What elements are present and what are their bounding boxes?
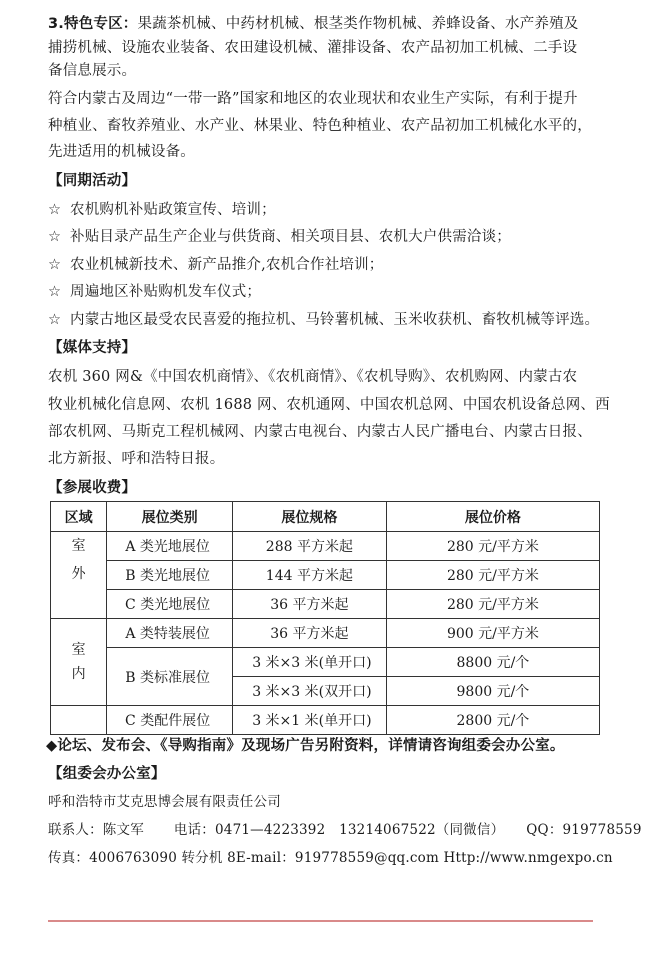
section3-line-1: 3.特色专区：果蔬茶机械、中药材机械、根茎类作物机械、养蜂设备、水产养殖及 xyxy=(48,14,579,34)
media-line-2: 牧业机械化信息网、农机 1688 网、农机通网、中国农机总网、中国农机设备总网、… xyxy=(48,395,610,415)
table-row: B 类光地展位 144 平方米起 280 元/平方米 xyxy=(51,561,600,590)
activity-text: 补贴目录产品生产企业与供货商、相关项目县、农机大户供需洽谈； xyxy=(70,229,511,245)
media-heading: 【媒体支持】 xyxy=(48,338,136,358)
zone-indoor: 室 内 xyxy=(51,619,107,706)
activity-item: ☆内蒙古地区最受农民喜爱的拖拉机、马铃薯机械、玉米收获机、畜牧机械等评选。 xyxy=(48,310,599,330)
cell-spec: 3 米×3 米(单开口) xyxy=(232,648,386,677)
intro-line-1: 符合内蒙古及周边“一带一路”国家和地区的农业现状和农业生产实际，有利于提升 xyxy=(48,89,578,109)
column-header-zone: 区域 xyxy=(51,502,107,532)
activity-text: 农机购机补贴政策宣传、培训； xyxy=(70,202,276,218)
cell-price: 280 元/平方米 xyxy=(386,590,599,619)
cell-price: 280 元/平方米 xyxy=(386,561,599,590)
zone-indoor-char-2: 内 xyxy=(51,662,106,686)
zone-outdoor: 室 外 xyxy=(51,532,107,619)
cell-category: C 类配件展位 xyxy=(107,706,233,735)
activity-item: ☆周遍地区补贴购机发车仪式； xyxy=(48,282,261,302)
activity-text: 内蒙古地区最受农民喜爱的拖拉机、马铃薯机械、玉米收获机、畜牧机械等评选。 xyxy=(70,312,599,328)
cell-category: A 类光地展位 xyxy=(107,532,233,561)
document-page: 3.特色专区：果蔬茶机械、中药材机械、根茎类作物机械、养蜂设备、水产养殖及 捕捞… xyxy=(0,0,670,955)
activity-item: ☆农机购机补贴政策宣传、培训； xyxy=(48,200,276,220)
activity-text: 周遍地区补贴购机发车仪式； xyxy=(70,284,261,300)
cell-price: 280 元/平方米 xyxy=(386,532,599,561)
contact-person: 联系人：陈文军 xyxy=(48,822,144,838)
cell-category: A 类特装展位 xyxy=(107,619,233,648)
zone-indoor-char-1: 室 xyxy=(51,638,106,662)
cell-category: B 类标准展位 xyxy=(107,648,233,706)
table-row: C 类配件展位 3 米×1 米(单开口) 2800 元/个 xyxy=(51,706,600,735)
media-line-4: 北方新报、呼和浩特日报。 xyxy=(48,449,224,469)
cell-price: 900 元/平方米 xyxy=(386,619,599,648)
section3-line-3: 备信息展示。 xyxy=(48,61,136,81)
star-icon: ☆ xyxy=(48,282,70,302)
activity-item: ☆农业机械新技术、新产品推介,农机合作社培训； xyxy=(48,255,384,275)
column-header-price: 展位价格 xyxy=(386,502,599,532)
diamond-bullet-icon: ◆ xyxy=(46,738,57,754)
contact-phone: 电话：0471—4223392 13214067522（同微信） xyxy=(174,822,504,838)
star-icon: ☆ xyxy=(48,255,70,275)
table-row: B 类标准展位 3 米×3 米(单开口) 8800 元/个 xyxy=(51,648,600,677)
notice-line: ◆论坛、发布会、《导购指南》及现场广告另附资料，详情请咨询组委会办公室。 xyxy=(46,736,565,756)
section3-label: 3.特色专区： xyxy=(48,16,138,32)
cell-spec: 144 平方米起 xyxy=(232,561,386,590)
table-header-row: 区域 展位类别 展位规格 展位价格 xyxy=(51,502,600,532)
activity-text: 农业机械新技术、新产品推介,农机合作社培训； xyxy=(70,257,384,273)
cell-spec: 36 平方米起 xyxy=(232,619,386,648)
notice-text: 论坛、发布会、《导购指南》及现场广告另附资料，详情请咨询组委会办公室。 xyxy=(57,738,564,754)
activities-heading: 【同期活动】 xyxy=(48,171,136,191)
intro-line-2: 种植业、畜牧养殖业、水产业、林果业、特色种植业、农产品初加工机械化水平的， xyxy=(48,116,592,136)
zone-outdoor-char-1: 室 xyxy=(51,532,106,560)
table-row: C 类光地展位 36 平方米起 280 元/平方米 xyxy=(51,590,600,619)
office-company: 呼和浩特市艾克思博会展有限责任公司 xyxy=(48,792,281,812)
cell-spec: 288 平方米起 xyxy=(232,532,386,561)
cell-category: C 类光地展位 xyxy=(107,590,233,619)
office-contact-line: 联系人：陈文军电话：0471—4223392 13214067522（同微信）Q… xyxy=(48,820,642,840)
footer-divider xyxy=(48,920,593,922)
star-icon: ☆ xyxy=(48,310,70,330)
star-icon: ☆ xyxy=(48,227,70,247)
contact-qq: QQ：919778559 xyxy=(526,822,641,838)
fees-table: 区域 展位类别 展位规格 展位价格 室 外 A 类光地展位 288 平方米起 2… xyxy=(50,501,600,735)
cell-zone-empty xyxy=(51,706,107,735)
table-row: 室 内 A 类特装展位 36 平方米起 900 元/平方米 xyxy=(51,619,600,648)
cell-spec: 3 米×3 米(双开口) xyxy=(232,677,386,706)
cell-price: 8800 元/个 xyxy=(386,648,599,677)
intro-line-3: 先进适用的机械设备。 xyxy=(48,142,195,162)
zone-outdoor-char-2: 外 xyxy=(51,560,106,588)
cell-spec: 3 米×1 米(单开口) xyxy=(232,706,386,735)
media-line-1: 农机 360 网&《中国农机商情》、《农机商情》、《农机导购》、农机购网、内蒙古… xyxy=(48,367,577,387)
office-heading: 【组委会办公室】 xyxy=(48,764,166,784)
table-row: 室 外 A 类光地展位 288 平方米起 280 元/平方米 xyxy=(51,532,600,561)
fees-heading: 【参展收费】 xyxy=(48,478,136,498)
column-header-spec: 展位规格 xyxy=(232,502,386,532)
column-header-category: 展位类别 xyxy=(107,502,233,532)
section3-line-2: 捕捞机械、设施农业装备、农田建设机械、灌排设备、农产品初加工机械、二手设 xyxy=(48,38,577,58)
cell-price: 9800 元/个 xyxy=(386,677,599,706)
cell-spec: 36 平方米起 xyxy=(232,590,386,619)
cell-price: 2800 元/个 xyxy=(386,706,599,735)
section3-text-1: 果蔬茶机械、中药材机械、根茎类作物机械、养蜂设备、水产养殖及 xyxy=(138,16,579,32)
cell-category: B 类光地展位 xyxy=(107,561,233,590)
star-icon: ☆ xyxy=(48,200,70,220)
activity-item: ☆补贴目录产品生产企业与供货商、相关项目县、农机大户供需洽谈； xyxy=(48,227,511,247)
media-line-3: 部农机网、马斯克工程机械网、内蒙古电视台、内蒙古人民广播电台、内蒙古日报、 xyxy=(48,422,592,442)
office-fax-line: 传真：4006763090 转分机 8E-mail：919778559@qq.c… xyxy=(48,848,613,868)
